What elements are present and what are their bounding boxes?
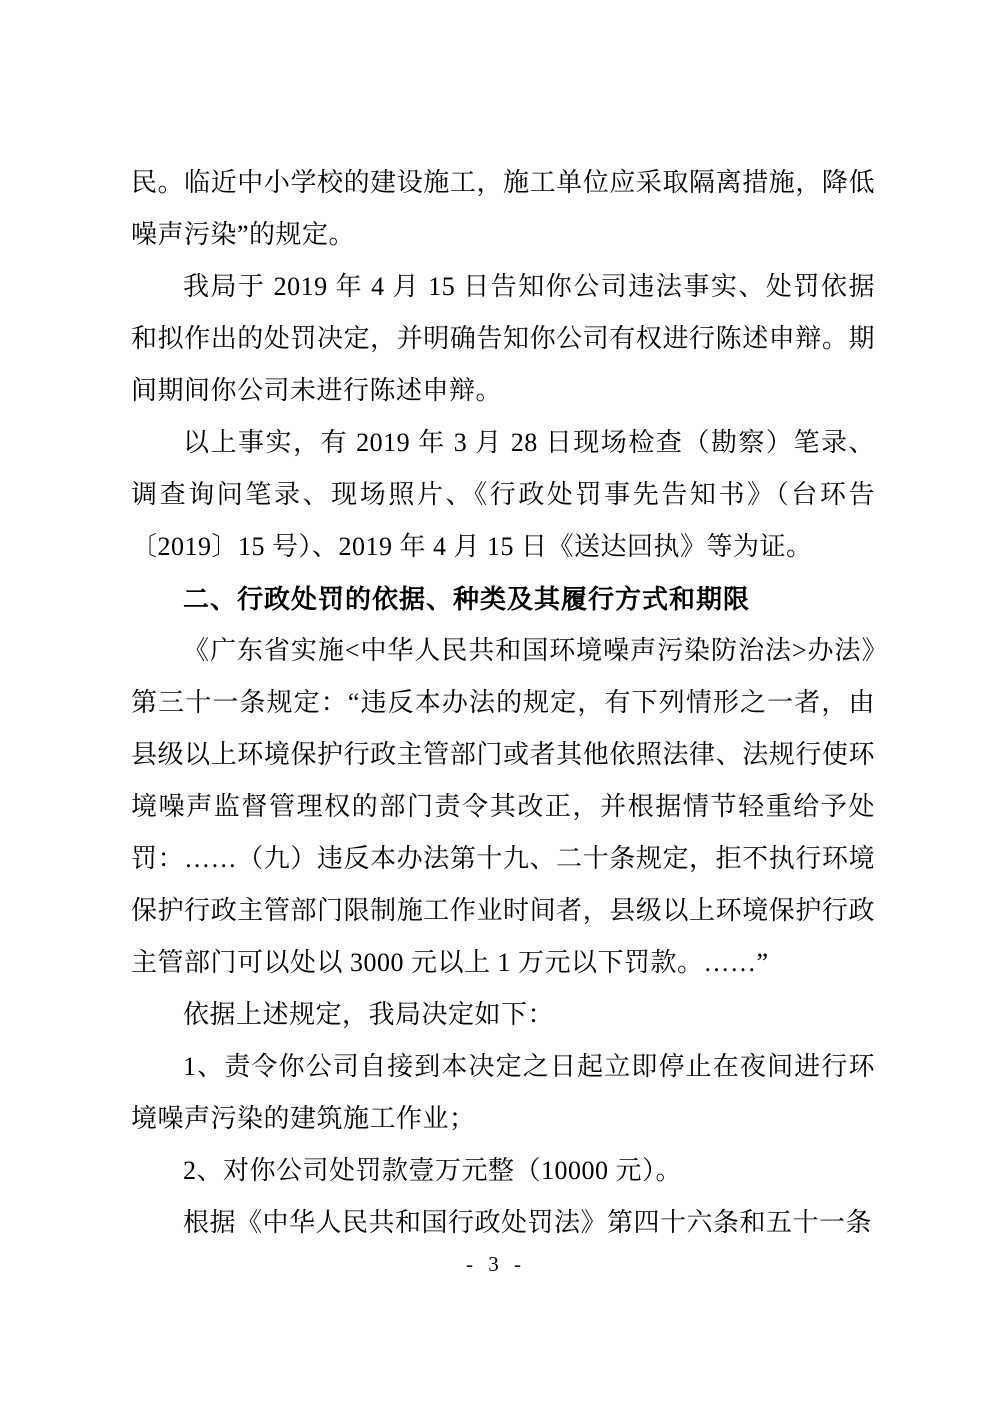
section-heading: 二、行政处罚的依据、种类及其履行方式和期限 xyxy=(131,573,875,625)
paragraph: 《广东省实施<中华人民共和国环境噪声污染防治法>办法》第三十一条规定：“违反本办… xyxy=(131,625,875,989)
paragraph: 依据上述规定，我局决定如下： xyxy=(131,989,875,1041)
paragraph: 2、对你公司处罚款壹万元整（10000 元）。 xyxy=(131,1145,875,1197)
page-number: - 3 - xyxy=(0,1252,992,1277)
document-page: 民。临近中小学校的建设施工，施工单位应采取隔离措施，降低噪声污染”的规定。我局于… xyxy=(0,0,992,1403)
document-body: 民。临近中小学校的建设施工，施工单位应采取隔离措施，降低噪声污染”的规定。我局于… xyxy=(131,157,875,1249)
paragraph: 民。临近中小学校的建设施工，施工单位应采取隔离措施，降低噪声污染”的规定。 xyxy=(131,157,875,261)
paragraph: 以上事实，有 2019 年 3 月 28 日现场检查（勘察）笔录、调查询问笔录、… xyxy=(131,417,875,573)
paragraph: 根据《中华人民共和国行政处罚法》第四十六条和五十一条 xyxy=(131,1197,875,1249)
paragraph: 1、责令你公司自接到本决定之日起立即停止在夜间进行环境噪声污染的建筑施工作业； xyxy=(131,1041,875,1145)
paragraph: 我局于 2019 年 4 月 15 日告知你公司违法事实、处罚依据和拟作出的处罚… xyxy=(131,261,875,417)
